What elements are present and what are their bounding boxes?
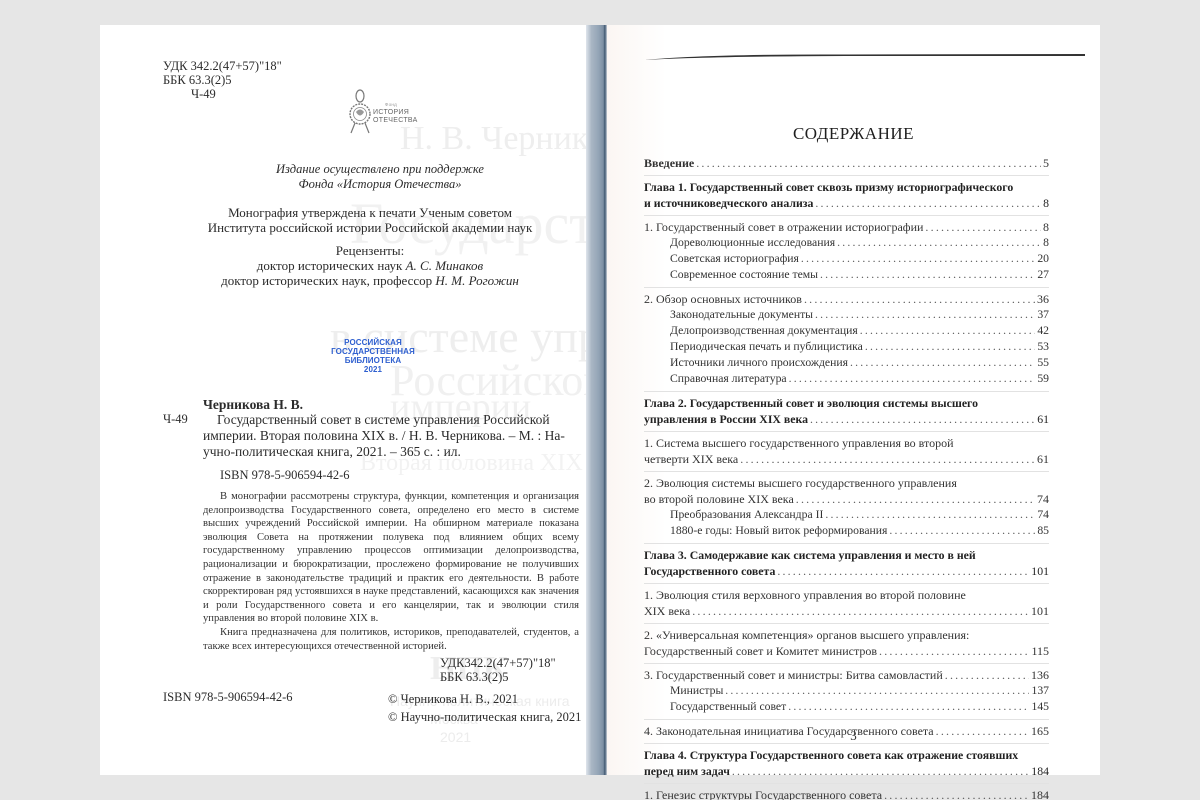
abstract-paragraph: В монографии рассмотрены структура, функ…	[203, 490, 579, 626]
leader-dots	[879, 643, 1029, 659]
toc-entry-sub[interactable]: Источники личного происхождения55	[644, 355, 1049, 371]
call-number: Ч-49	[163, 412, 188, 427]
toc-page-number: 8	[1043, 195, 1049, 211]
book-spread: Н. В. Черникова Государственный в систем…	[100, 25, 1100, 775]
reviewers-heading: Рецензенты:	[170, 243, 570, 258]
toc-page-number: 53	[1037, 339, 1049, 355]
toc-entry-chapter[interactable]: Глава 1. Государственный совет сквозь пр…	[644, 179, 1049, 211]
toc-page-number: 36	[1037, 291, 1049, 307]
leader-dots	[850, 355, 1035, 371]
toc-entry-text: 1. Эволюция стиля верховного управления …	[644, 587, 1049, 603]
toc-entry-intro[interactable]: Введение5	[644, 155, 1049, 171]
toc-separator	[644, 783, 1049, 784]
toc-page-number: 74	[1037, 507, 1049, 523]
isbn-bottom: ISBN 978-5-906594-42-6	[163, 690, 293, 705]
toc-page-number: 61	[1037, 411, 1049, 427]
toc-entry-text: 2. Эволюция системы высшего государствен…	[644, 475, 1049, 491]
leader-dots	[945, 667, 1029, 683]
toc-entry-text: 2. «Универсальная компетенция» органов в…	[644, 627, 1049, 643]
toc-page-number: 74	[1037, 491, 1049, 507]
header-rule	[645, 53, 1085, 61]
toc-separator	[644, 583, 1049, 584]
toc-entry-section[interactable]: 2. «Универсальная компетенция» органов в…	[644, 627, 1049, 659]
toc-entry-text: Государственного совета	[644, 563, 775, 579]
leader-dots	[837, 235, 1041, 251]
toc-entry-section[interactable]: 2. Эволюция системы высшего государствен…	[644, 475, 1049, 507]
leader-dots	[884, 787, 1029, 800]
publication-support-note: Издание осуществлено при поддержке Фонда…	[200, 162, 560, 192]
toc-separator	[644, 471, 1049, 472]
toc-page-number: 61	[1037, 451, 1049, 467]
right-page-contents: СОДЕРЖАНИЕ Введение5Глава 1. Государстве…	[607, 25, 1100, 775]
toc-entry-text: 3. Государственный совет и министры: Бит…	[644, 667, 943, 683]
toc-entry-sub[interactable]: Дореволюционные исследования8	[644, 235, 1049, 251]
toc-separator	[644, 175, 1049, 176]
toc-page-number: 101	[1031, 603, 1049, 619]
isbn: ISBN 978-5-906594-42-6	[220, 468, 350, 483]
toc-entry-sub[interactable]: Делопроизводственная документация42	[644, 323, 1049, 339]
copyright-author: © Черникова Н. В., 2021	[388, 690, 581, 708]
toc-entry-sub[interactable]: 1880-е годы: Новый виток реформирования8…	[644, 523, 1049, 539]
toc-entry-text: Глава 2. Государственный совет и эволюци…	[644, 395, 1049, 411]
reviewer-2: доктор исторических наук, профессор Н. М…	[170, 273, 570, 288]
leader-dots	[692, 603, 1029, 619]
toc-separator	[644, 431, 1049, 432]
abstract-paragraph: Книга предназначена для политиков, истор…	[203, 626, 579, 653]
approval-note: Монография утверждена к печати Ученым со…	[170, 205, 570, 235]
fund-logo: Фонд ИСТОРИЯ ОТЕЧЕСТВА	[345, 85, 455, 145]
toc-entry-section[interactable]: 2. Обзор основных источников36	[644, 291, 1049, 307]
toc-page-number: 8	[1043, 235, 1049, 251]
toc-entry-text: XIX века	[644, 603, 690, 619]
toc-entry-sub[interactable]: Законодательные документы37	[644, 307, 1049, 323]
reviewer-1: доктор исторических наук А. С. Минаков	[170, 258, 570, 273]
toc-page-number: 37	[1037, 307, 1049, 323]
toc-entry-section[interactable]: 1. Эволюция стиля верховного управления …	[644, 587, 1049, 619]
toc-entry-text: Советская историография	[670, 251, 799, 267]
toc-entry-section[interactable]: 1. Система высшего государственного упра…	[644, 435, 1049, 467]
toc-separator	[644, 543, 1049, 544]
leader-dots	[740, 451, 1035, 467]
left-page-imprint: Н. В. Черникова Государственный в систем…	[100, 25, 586, 775]
leader-dots	[820, 267, 1035, 283]
toc-page-number: 145	[1031, 699, 1049, 715]
toc-entry-text: перед ним задач	[644, 763, 730, 779]
toc-entry-text: Глава 3. Самодержавие как система управл…	[644, 547, 1049, 563]
udk-classification-top: УДК 342.2(47+57)"18" ББК 63.3(2)5 Ч-49	[163, 59, 282, 101]
toc-page-number: 184	[1031, 763, 1049, 779]
toc-page-number: 55	[1037, 355, 1049, 371]
toc-entry-text: 2. Обзор основных источников	[644, 291, 802, 307]
toc-entry-section[interactable]: 3. Государственный совет и министры: Бит…	[644, 667, 1049, 683]
toc-page-number: 184	[1031, 787, 1049, 800]
leader-dots	[732, 763, 1029, 779]
toc-entry-text: Справочная литература	[670, 371, 787, 387]
leader-dots	[865, 339, 1035, 355]
leader-dots	[815, 195, 1041, 211]
toc-entry-text: Дореволюционные исследования	[670, 235, 835, 251]
toc-page-number: 8	[1043, 219, 1049, 235]
abstract: В монографии рассмотрены структура, функ…	[203, 490, 579, 653]
toc-entry-text: Глава 4. Структура Государственного сове…	[644, 747, 1049, 763]
toc-entry-text: Введение	[644, 155, 694, 171]
leader-dots	[789, 371, 1036, 387]
toc-page-number: 137	[1031, 683, 1049, 699]
leader-dots	[825, 507, 1035, 523]
toc-page-number: 27	[1037, 267, 1049, 283]
toc-entry-text: 1. Генезис структуры Государственного со…	[644, 787, 882, 800]
leader-dots	[815, 307, 1035, 323]
toc-entry-text: Источники личного происхождения	[670, 355, 848, 371]
contents-heading: СОДЕРЖАНИЕ	[607, 124, 1100, 144]
author-mark: Ч-49	[163, 87, 282, 101]
page-number: 3	[607, 728, 1100, 744]
toc-entry-text: 1. Государственный совет в отражении ист…	[644, 219, 923, 235]
toc-separator	[644, 623, 1049, 624]
toc-page-number: 5	[1043, 155, 1049, 171]
toc-entry-section[interactable]: 1. Государственный совет в отражении ист…	[644, 219, 1049, 235]
leader-dots	[696, 155, 1041, 171]
toc-separator	[644, 663, 1049, 664]
leader-dots	[810, 411, 1035, 427]
toc-entry-text: во второй половине XIX века	[644, 491, 794, 507]
toc-entry-text: 1. Система высшего государственного упра…	[644, 435, 1049, 451]
toc-separator	[644, 391, 1049, 392]
toc-entry-sub[interactable]: Справочная литература59	[644, 371, 1049, 387]
toc-entry-sub[interactable]: Преобразования Александра II74	[644, 507, 1049, 523]
toc-entry-sub[interactable]: Современное состояние темы27	[644, 267, 1049, 283]
toc-entry-text: Преобразования Александра II	[670, 507, 823, 523]
leader-dots	[925, 219, 1041, 235]
copyright-block: © Черникова Н. В., 2021 © Научно-политич…	[388, 690, 581, 726]
toc-entry-text: четверти XIX века	[644, 451, 738, 467]
udk-code: УДК 342.2(47+57)"18"	[163, 59, 282, 73]
toc-separator	[644, 287, 1049, 288]
leader-dots	[801, 251, 1035, 267]
leader-dots	[889, 523, 1035, 539]
toc-page-number: 101	[1031, 563, 1049, 579]
toc-page-number: 115	[1031, 643, 1049, 659]
fund-history-emblem-icon	[345, 87, 375, 137]
leader-dots	[796, 491, 1035, 507]
copyright-publisher: © Научно-политическая книга, 2021	[388, 708, 581, 726]
toc-page-number: 85	[1037, 523, 1049, 539]
toc-entry-text: Современное состояние темы	[670, 267, 818, 283]
toc-entry-sub[interactable]: Периодическая печать и публицистика53	[644, 339, 1049, 355]
toc-entry-text: и источниковедческого анализа	[644, 195, 813, 211]
toc-entry-sub[interactable]: Государственный совет145	[644, 699, 1049, 715]
leader-dots	[725, 683, 1029, 699]
table-of-contents: Введение5Глава 1. Государственный совет …	[644, 155, 1049, 800]
fund-logo-text: Фонд ИСТОРИЯ ОТЕЧЕСТВА	[373, 101, 418, 125]
toc-entry-text: Министры	[670, 683, 723, 699]
toc-page-number: 20	[1037, 251, 1049, 267]
toc-page-number: 59	[1037, 371, 1049, 387]
toc-entry-text: 1880-е годы: Новый виток реформирования	[670, 523, 887, 539]
toc-entry-sub[interactable]: Советская историография20	[644, 251, 1049, 267]
toc-entry-text: Государственный совет и Комитет министро…	[644, 643, 877, 659]
book-spine	[586, 25, 607, 775]
toc-page-number: 136	[1031, 667, 1049, 683]
library-stamp: РОССИЙСКАЯ ГОСУДАРСТВЕННАЯ БИБЛИОТЕКА 20…	[318, 338, 428, 374]
bibliographic-record: Государственный совет в системе управлен…	[203, 412, 578, 460]
reviewers-block: Рецензенты: доктор исторических наук А. …	[170, 243, 570, 288]
toc-entry-chapter[interactable]: Глава 3. Самодержавие как система управл…	[644, 547, 1049, 579]
toc-page-number: 42	[1037, 323, 1049, 339]
toc-separator	[644, 719, 1049, 720]
toc-entry-chapter[interactable]: Глава 4. Структура Государственного сове…	[644, 747, 1049, 779]
bbk-code: ББК 63.3(2)5	[163, 73, 282, 87]
leader-dots	[860, 323, 1036, 339]
toc-entry-text: управления в России XIX века	[644, 411, 808, 427]
toc-entry-sub[interactable]: Министры137	[644, 683, 1049, 699]
udk-classification-bottom: УДК342.2(47+57)"18" ББК 63.3(2)5	[440, 656, 556, 684]
leader-dots	[777, 563, 1029, 579]
toc-entry-section[interactable]: 1. Генезис структуры Государственного со…	[644, 787, 1049, 800]
leader-dots	[804, 291, 1035, 307]
toc-entry-text: Государственный совет	[670, 699, 786, 715]
toc-entry-chapter[interactable]: Глава 2. Государственный совет и эволюци…	[644, 395, 1049, 427]
bleed-through-year: 2021	[440, 729, 471, 745]
toc-separator	[644, 215, 1049, 216]
toc-entry-text: Глава 1. Государственный совет сквозь пр…	[644, 179, 1049, 195]
toc-entry-text: Делопроизводственная документация	[670, 323, 858, 339]
toc-entry-text: Периодическая печать и публицистика	[670, 339, 863, 355]
leader-dots	[788, 699, 1029, 715]
author-name: Черникова Н. В.	[203, 397, 303, 412]
toc-entry-text: Законодательные документы	[670, 307, 813, 323]
